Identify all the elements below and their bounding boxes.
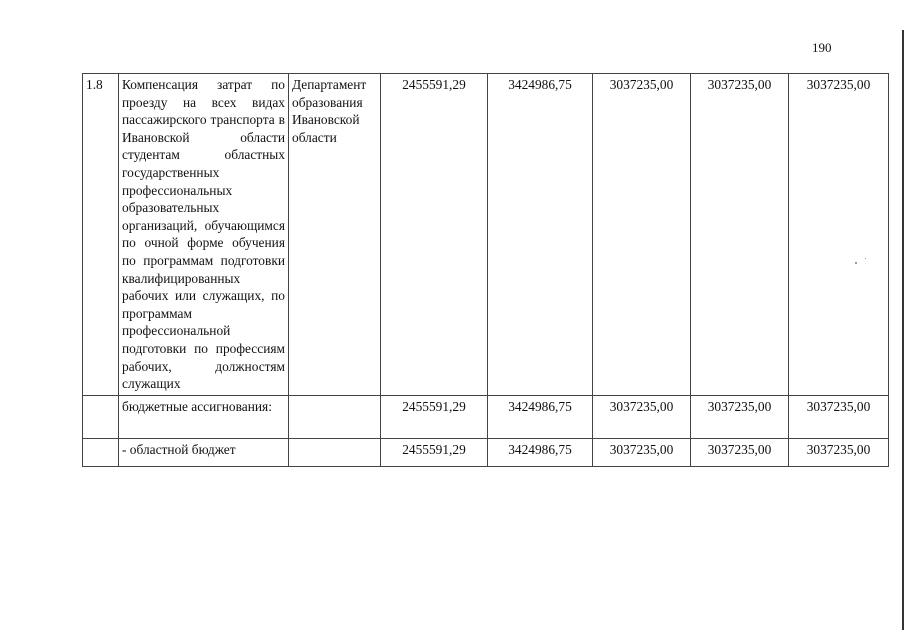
- row-index: [83, 395, 119, 438]
- value-cell: 2455591,29: [381, 395, 488, 438]
- row-description: бюджетные ассигнования:: [119, 395, 289, 438]
- row-responsible: Департамент образования Ивановской облас…: [289, 74, 381, 396]
- value-cell: 2455591,29: [381, 74, 488, 396]
- value-cell: 3424986,75: [488, 395, 593, 438]
- value-cell: 3424986,75: [488, 74, 593, 396]
- row-description: - областной бюджет: [119, 438, 289, 466]
- budget-table: 1.8 Компенсация затрат по проезду на все…: [82, 73, 889, 467]
- value-cell: 3037235,00: [691, 74, 789, 396]
- value-cell: 3037235,00: [789, 438, 889, 466]
- value-cell: 3424986,75: [488, 438, 593, 466]
- table-row-regional-budget: - областной бюджет 2455591,29 3424986,75…: [83, 438, 889, 466]
- page-number: 190: [812, 40, 832, 56]
- value-cell: 3037235,00: [691, 395, 789, 438]
- row-index: 1.8: [83, 74, 119, 396]
- row-description: Компенсация затрат по проезду на всех ви…: [119, 74, 289, 396]
- table-row-allocations: бюджетные ассигнования: 2455591,29 34249…: [83, 395, 889, 438]
- table-row-main: 1.8 Компенсация затрат по проезду на все…: [83, 74, 889, 396]
- row-index: [83, 438, 119, 466]
- value-cell: 3037235,00: [691, 438, 789, 466]
- value-cell: 2455591,29: [381, 438, 488, 466]
- value-cell: 3037235,00: [593, 395, 691, 438]
- row-responsible: [289, 438, 381, 466]
- row-responsible: [289, 395, 381, 438]
- value-cell: 3037235,00: [789, 395, 889, 438]
- value-cell: 3037235,00: [593, 74, 691, 396]
- value-cell: 3037235,00: [593, 438, 691, 466]
- value-cell: 3037235,00: [789, 74, 889, 396]
- scan-edge-line: [902, 30, 904, 630]
